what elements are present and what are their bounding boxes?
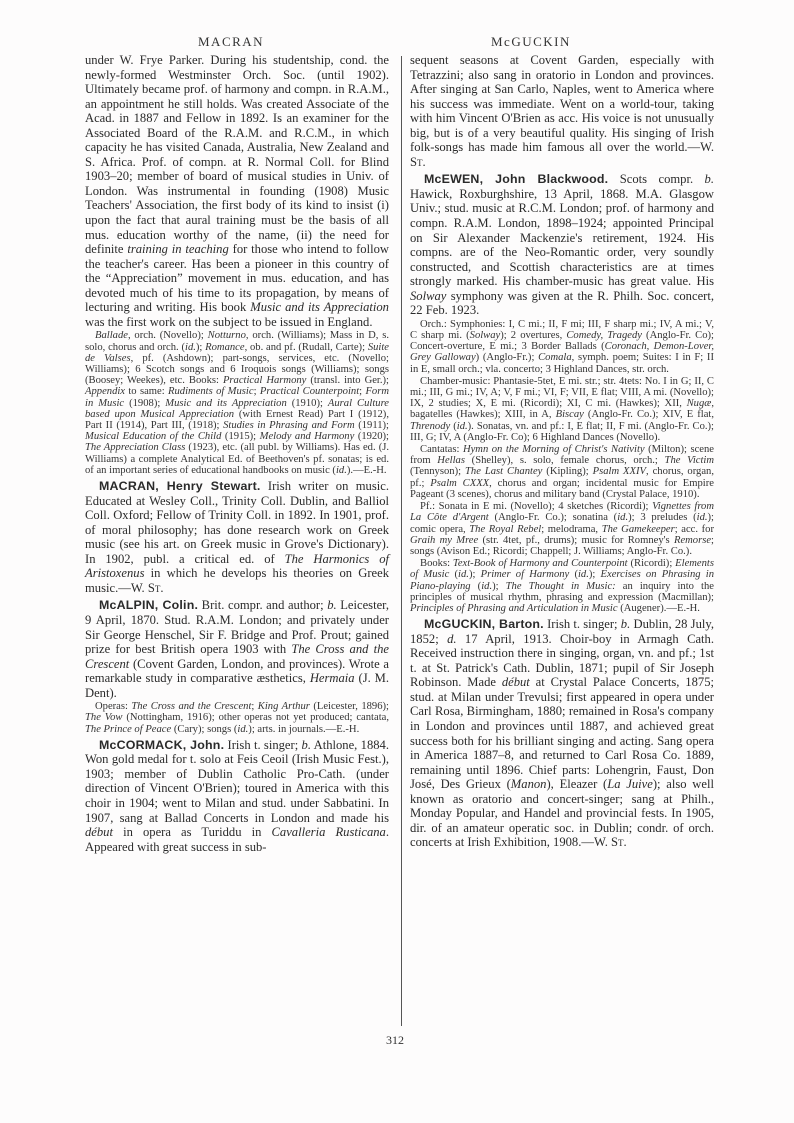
running-head-right: McGUCKIN xyxy=(491,34,571,50)
headword: MACRAN, Henry Stewart. xyxy=(99,479,261,493)
works-cantatas: Cantatas: Hymn on the Morning of Christ'… xyxy=(410,444,714,500)
entry-mcewen: McEWEN, John Blackwood. Scots compr. b. … xyxy=(410,172,714,317)
works-books: Books: Text-Book of Harmony and Counterp… xyxy=(410,558,714,614)
running-head-left: MACRAN xyxy=(198,34,264,50)
works-list: Operas: The Cross and the Crescent; King… xyxy=(85,701,389,735)
right-column: sequent seasons at Covent Garden, especi… xyxy=(410,53,714,850)
works-list: Ballade, orch. (Novello); Notturno, orch… xyxy=(85,330,389,476)
entry-mcalpin: McALPIN, Colin. Brit. compr. and author;… xyxy=(85,598,389,700)
headword: McALPIN, Colin. xyxy=(99,598,198,612)
left-column: under W. Frye Parker. During his student… xyxy=(85,53,389,854)
entry-mccormack: McCORMACK, John. Irish t. singer; b. Ath… xyxy=(85,738,389,854)
column-divider xyxy=(401,56,402,1026)
works-orchestral: Orch.: Symphonies: I, C mi.; II, F mi; I… xyxy=(410,319,714,375)
page-number: 312 xyxy=(386,1033,404,1048)
headword: McEWEN, John Blackwood. xyxy=(424,172,608,186)
headword: McCORMACK, John. xyxy=(99,738,224,752)
works-chamber: Chamber-music: Phantasie-5tet, E mi. str… xyxy=(410,376,714,443)
continuation-paragraph: sequent seasons at Covent Garden, especi… xyxy=(410,53,714,169)
entry-mcguckin: McGUCKIN, Barton. Irish t. singer; b. Du… xyxy=(410,617,714,850)
headword: McGUCKIN, Barton. xyxy=(424,617,544,631)
continuation-paragraph: under W. Frye Parker. During his student… xyxy=(85,53,389,329)
works-piano: Pf.: Sonata in E mi. (Novello); 4 sketch… xyxy=(410,501,714,557)
entry-macran: MACRAN, Henry Stewart. Irish writer on m… xyxy=(85,479,389,595)
